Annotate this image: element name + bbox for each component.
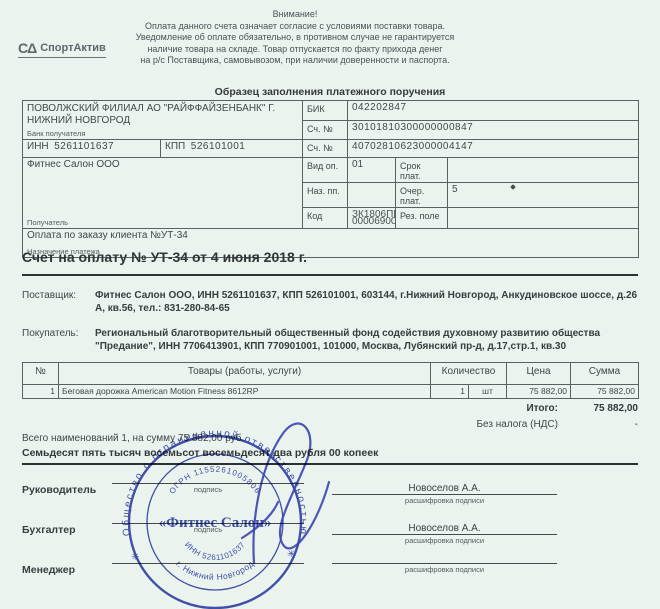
role-label-manager: Менеджер bbox=[22, 564, 75, 576]
supplier-text: Фитнес Салон ООО, ИНН 5261101637, КПП 52… bbox=[95, 289, 638, 315]
name-line: Новоселов А.А. bbox=[332, 523, 557, 535]
col-header-sum: Сумма bbox=[571, 363, 639, 385]
logo-monogram-icon: СΔ bbox=[18, 40, 36, 56]
naz-pl-value bbox=[348, 183, 396, 208]
kpp-label: КПП bbox=[165, 141, 185, 152]
total-value: 75 882,00 bbox=[558, 403, 638, 414]
stamp-ogrn-text: ОГРН 1155261005806 bbox=[167, 465, 262, 496]
kpp-value: 526101001 bbox=[191, 141, 246, 152]
bik-label: БИК bbox=[303, 101, 348, 121]
kpp-cell: КПП 526101001 bbox=[161, 140, 303, 158]
notice-line: Уведомление об оплате обязательно, в про… bbox=[95, 32, 495, 44]
rez-pole-label: Рез. поле bbox=[396, 208, 448, 229]
item-sum: 75 882,00 bbox=[571, 385, 639, 399]
payment-notice: Внимание! Оплата данного счета означает … bbox=[95, 9, 495, 67]
company-stamp: Общество с ограниченной ответственностью… bbox=[108, 418, 348, 609]
role-label-accountant: Бухгалтер bbox=[22, 524, 76, 536]
srok-plat-label: Срок плат. bbox=[396, 158, 448, 183]
buyer-row: Покупатель: Региональный благотворительн… bbox=[22, 327, 638, 353]
items-table: № Товары (работы, услуги) Количество Цен… bbox=[22, 362, 639, 399]
notice-line: Оплата данного счета означает согласие с… bbox=[95, 21, 495, 33]
total-row: Итого: 75 882,00 bbox=[338, 403, 638, 414]
col-header-qty: Количество bbox=[431, 363, 507, 385]
director-name-area: Новоселов А.А. расшифровка подписи bbox=[332, 483, 557, 497]
name-caption: расшифровка подписи bbox=[332, 564, 557, 574]
scanned-invoice-page: { "colors": { "paper": "#eaf3ee", "ink":… bbox=[0, 0, 660, 609]
vat-label: Без налога (НДС) bbox=[476, 419, 558, 430]
corr-account-value: 30101810300000000847 bbox=[348, 121, 639, 140]
stamp-inn-text: ИНН 5261101637 bbox=[183, 540, 247, 562]
kod-value: ЗК1806ПИУТ 0000690002 bbox=[348, 208, 396, 229]
item-num: 1 bbox=[23, 385, 59, 399]
purpose-text: Оплата по заказу клиента №УТ-34 bbox=[27, 230, 634, 241]
accountant-name-area: Новоселов А.А. расшифровка подписи bbox=[332, 523, 557, 537]
recipient-caption: Получатель bbox=[27, 218, 68, 227]
name-caption: расшифровка подписи bbox=[332, 495, 557, 505]
item-unit: шт bbox=[469, 385, 507, 399]
notice-line: наличие товара на складе. Товар отпускае… bbox=[95, 44, 495, 56]
kod-label: Код bbox=[303, 208, 348, 229]
bik-value: 042202847 bbox=[348, 101, 639, 121]
invoice-title: Счет на оплату № УТ-34 от 4 июня 2018 г. bbox=[22, 249, 307, 265]
recipient-name: Фитнес Салон ООО bbox=[27, 159, 298, 170]
items-header-row: № Товары (работы, услуги) Количество Цен… bbox=[23, 363, 639, 385]
inn-value: 5261101637 bbox=[54, 141, 114, 152]
name-caption: расшифровка подписи bbox=[332, 535, 557, 545]
vid-op-value: 01 bbox=[348, 158, 396, 183]
supplier-row: Поставщик: Фитнес Салон ООО, ИНН 5261101… bbox=[22, 289, 638, 315]
corr-account-label: Сч. № bbox=[303, 121, 348, 140]
manager-name-area: расшифровка подписи bbox=[332, 563, 557, 577]
bank-name-cell: ПОВОЛЖСКИЙ ФИЛИАЛ АО "РАЙФФАЙЗЕНБАНК" Г.… bbox=[23, 101, 303, 140]
account-value: 40702810623000004147 bbox=[348, 140, 639, 158]
col-header-num: № bbox=[23, 363, 59, 385]
vat-row: Без налога (НДС) - bbox=[338, 419, 638, 430]
inn-cell: ИНН 5261101637 bbox=[23, 140, 161, 158]
bank-caption: Банк получателя bbox=[27, 129, 85, 138]
payment-sample-title: Образец заполнения платежного поручения bbox=[0, 86, 660, 98]
ocher-plat-label: Очер. плат. bbox=[396, 183, 448, 208]
vid-op-label: Вид оп. bbox=[303, 158, 348, 183]
name-line: Новоселов А.А. bbox=[332, 483, 557, 495]
inn-label: ИНН bbox=[27, 141, 49, 152]
supplier-label: Поставщик: bbox=[22, 289, 95, 315]
col-header-name: Товары (работы, услуги) bbox=[59, 363, 431, 385]
item-row: 1 Беговая дорожка American Motion Fitnes… bbox=[23, 385, 639, 399]
stamp-star-right: ✳ bbox=[287, 549, 295, 560]
notice-line: на р/с Поставщика, самовывозом, при нали… bbox=[95, 55, 495, 67]
account-label: Сч. № bbox=[303, 140, 348, 158]
item-price: 75 882,00 bbox=[507, 385, 571, 399]
item-qty: 1 bbox=[431, 385, 469, 399]
buyer-text: Региональный благотворительный обществен… bbox=[95, 327, 638, 353]
notice-title: Внимание! bbox=[95, 9, 495, 21]
total-label: Итого: bbox=[526, 403, 558, 414]
stamp-star-left: ✳ bbox=[131, 552, 139, 563]
buyer-label: Покупатель: bbox=[22, 327, 95, 353]
vat-value: - bbox=[558, 419, 638, 430]
divider-line bbox=[22, 274, 638, 276]
srok-plat-value bbox=[448, 158, 639, 183]
naz-pl-label: Наз. пп. bbox=[303, 183, 348, 208]
role-label-director: Руководитель bbox=[22, 484, 96, 496]
item-name: Беговая дорожка American Motion Fitness … bbox=[59, 385, 431, 399]
col-header-price: Цена bbox=[507, 363, 571, 385]
sportaktiv-logo: СΔ СпортАктив bbox=[18, 40, 106, 58]
bank-details-table: ПОВОЛЖСКИЙ ФИЛИАЛ АО "РАЙФФАЙЗЕНБАНК" Г.… bbox=[22, 100, 639, 258]
rez-pole-value bbox=[448, 208, 639, 229]
bank-name: ПОВОЛЖСКИЙ ФИЛИАЛ АО "РАЙФФАЙЗЕНБАНК" Г.… bbox=[27, 102, 298, 126]
recipient-cell: Фитнес Салон ООО Получатель bbox=[23, 158, 303, 229]
ocher-plat-value: 5 bbox=[448, 183, 639, 208]
